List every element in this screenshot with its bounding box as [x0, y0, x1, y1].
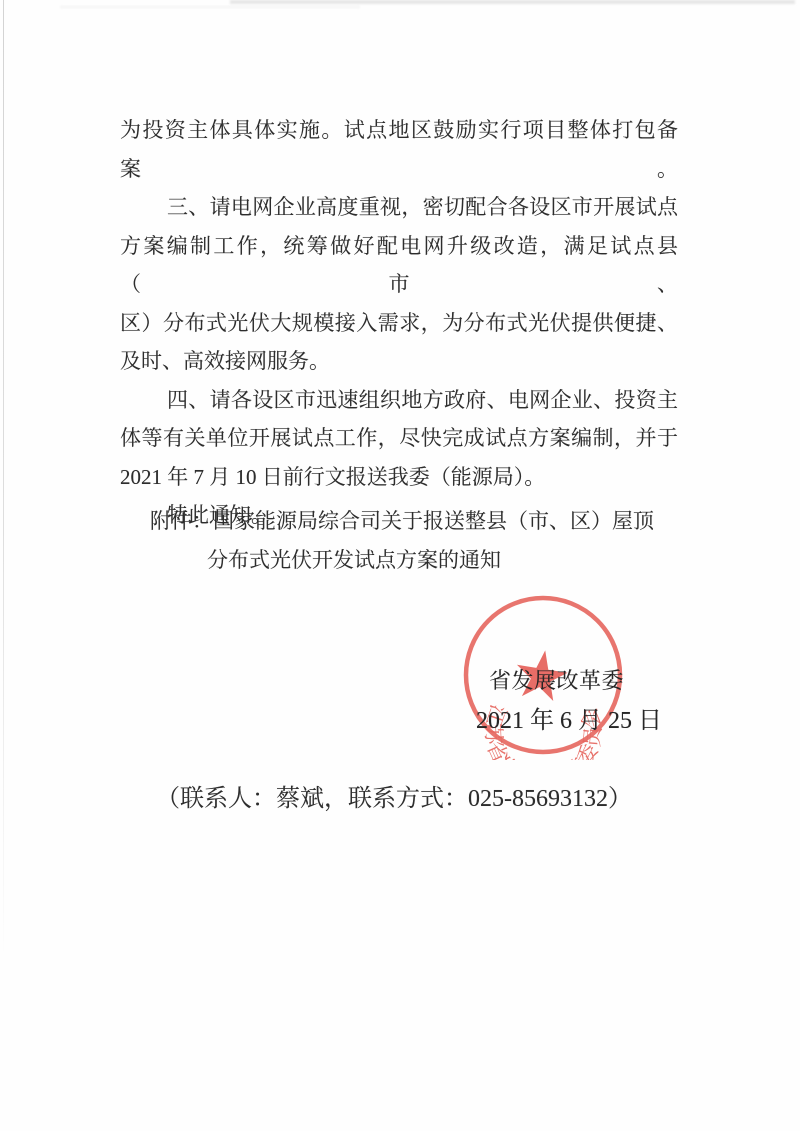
body-text-block: 为投资主体具体实施。试点地区鼓励实行项目整体打包备案。 三、请电网企业高度重视，… [120, 111, 678, 535]
attachment-line-2: 分布式光伏开发试点方案的通知 [120, 541, 720, 580]
body-line-1: 为投资主体具体实施。试点地区鼓励实行项目整体打包备案。 [120, 111, 678, 188]
attachment-block: 附件：国家能源局综合司关于报送整县（市、区）屋顶 分布式光伏开发试点方案的通知 [120, 502, 720, 580]
attachment-line-1: 附件：国家能源局综合司关于报送整县（市、区）屋顶 [120, 502, 720, 541]
body-line-3: 方案编制工作，统筹做好配电网升级改造，满足试点县（市、 [120, 227, 678, 304]
body-line-2: 三、请电网企业高度重视，密切配合各设区市开展试点 [120, 188, 678, 227]
scanned-document-page: 为投资主体具体实施。试点地区鼓励实行项目整体打包备案。 三、请电网企业高度重视，… [0, 0, 800, 1131]
body-line-7: 体等有关单位开展试点工作，尽快完成试点方案编制，并于 [120, 419, 678, 458]
contact-info: （联系人：蔡斌，联系方式：025-85693132） [156, 784, 632, 814]
scan-artifact-top [230, 0, 795, 4]
body-line-4: 区）分布式光伏大规模接入需求，为分布式光伏提供便捷、 [120, 304, 678, 343]
authority-name: 省发展改革委 [489, 668, 624, 694]
issue-date: 2021 年 6 月 25 日 [476, 707, 662, 735]
scan-artifact-top-2 [60, 6, 360, 8]
body-line-5: 及时、高效接网服务。 [120, 342, 678, 381]
scan-edge-line [3, 0, 4, 960]
body-line-6: 四、请各设区市迅速组织地方政府、电网企业、投资主 [120, 381, 678, 420]
body-line-8: 2021 年 7 月 10 日前行文报送我委（能源局）。 [120, 458, 678, 497]
